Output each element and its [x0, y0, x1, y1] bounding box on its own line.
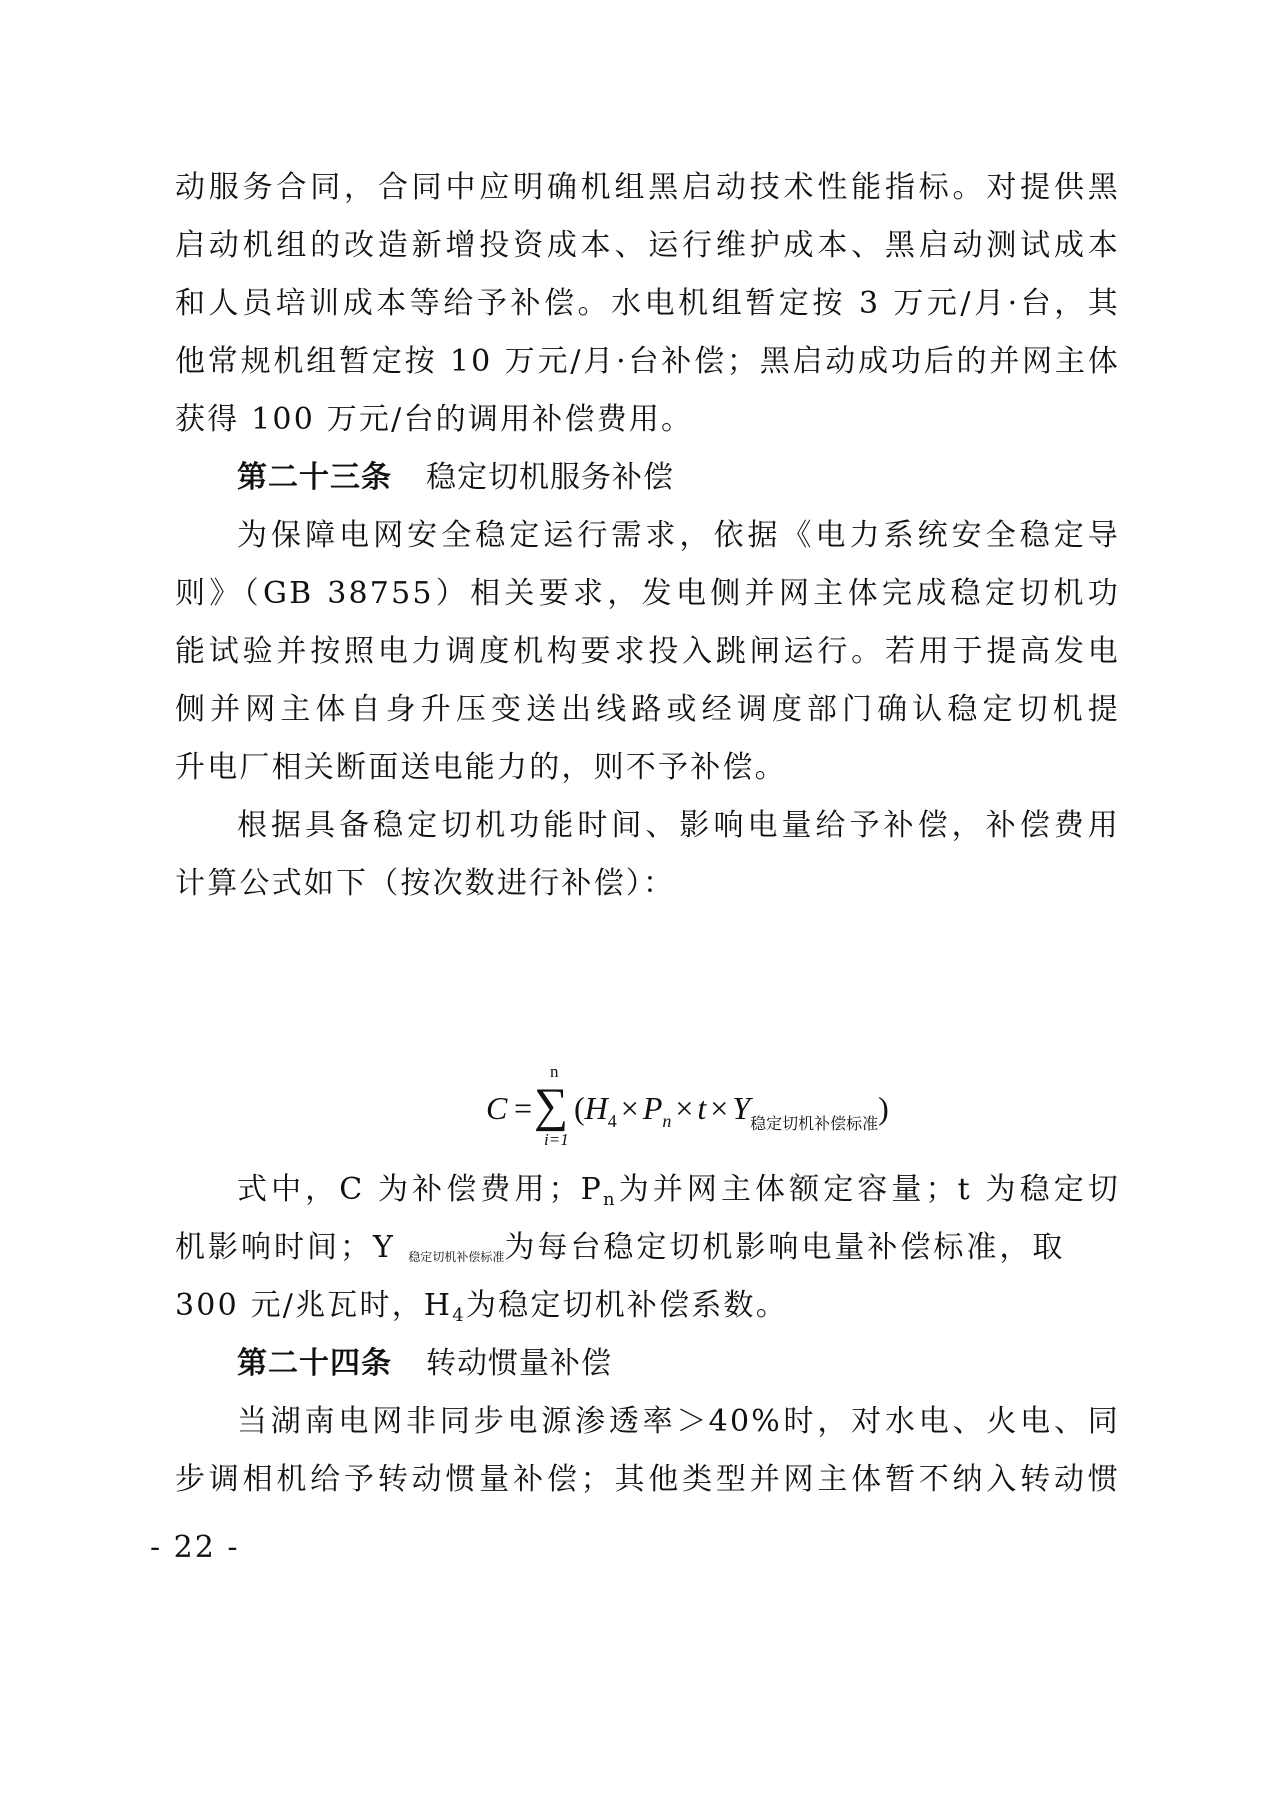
article-heading: 第二十四条转动惯量补偿	[237, 1344, 1120, 1384]
body-text-line: 他常规机组暂定按 10 万元/月·台补偿；黑启动成功后的并网主体	[175, 342, 1120, 382]
document-page: 动服务合同，合同中应明确机组黑启动技术性能指标。对提供黑 启动机组的改造新增投资…	[0, 0, 1280, 1810]
formula-lhs: C	[486, 1090, 507, 1127]
text-span: 300 元/兆瓦时，H	[175, 1288, 452, 1323]
body-text-line: 为保障电网安全稳定运行需求，依据《电力系统安全稳定导	[237, 516, 1120, 556]
body-text-line: 启动机组的改造新增投资成本、运行维护成本、黑启动测试成本	[175, 226, 1120, 266]
subscript: 稳定切机补偿标准	[408, 1250, 504, 1264]
sum-lower-limit: i=1	[544, 1130, 569, 1150]
body-text-line: 则》（GB 38755）相关要求，发电侧并网主体完成稳定切机功	[175, 574, 1120, 614]
formula-equals: =	[514, 1090, 532, 1127]
var-h-sub: 4	[608, 1111, 617, 1131]
close-paren: )	[878, 1090, 889, 1126]
body-text-line: 和人员培训成本等给予补偿。水电机组暂定按 3 万元/月·台，其	[175, 284, 1120, 324]
var-p: P	[643, 1090, 663, 1126]
times-icon: ×	[675, 1090, 693, 1126]
article-label: 第二十四条	[237, 1346, 392, 1381]
body-text-line: 当湖南电网非同步电源渗透率＞40%时，对水电、火电、同	[237, 1402, 1120, 1442]
article-title: 稳定切机服务补偿	[426, 460, 674, 495]
summation-icon: ∑	[534, 1082, 568, 1130]
formula-explanation-line: 机影响时间；Y 稳定切机补偿标准为每台稳定切机影响电量补偿标准，取	[175, 1228, 1120, 1277]
var-y-sub: 稳定切机补偿标准	[750, 1114, 878, 1133]
article-heading: 第二十三条稳定切机服务补偿	[237, 458, 1120, 498]
var-y: Y	[732, 1090, 750, 1126]
formula-explanation-line: 式中，C 为补偿费用；Pn为并网主体额定容量；t 为稳定切	[237, 1170, 1120, 1220]
var-h: H	[585, 1090, 608, 1126]
body-text-line: 根据具备稳定切机功能时间、影响电量给予补偿，补偿费用	[237, 806, 1120, 846]
body-text-line: 侧并网主体自身升压变送出线路或经调度部门确认稳定切机提	[175, 690, 1120, 730]
compensation-formula: C = n ∑ i=1 (H4×Pn×t×Y稳定切机补偿标准)	[486, 1068, 906, 1158]
body-text-line: 能试验并按照电力调度机构要求投入跳闸运行。若用于提高发电	[175, 632, 1120, 672]
subscript: n	[603, 1189, 617, 1210]
article-label: 第二十三条	[237, 460, 392, 495]
body-text-line: 获得 100 万元/台的调用补偿费用。	[175, 400, 1120, 440]
formula-explanation-line: 300 元/兆瓦时，H4为稳定切机补偿系数。	[175, 1286, 1120, 1336]
page-number: - 22 -	[150, 1530, 240, 1565]
body-text-line: 计算公式如下（按次数进行补偿）：	[175, 864, 1120, 904]
text-span: 为并网主体额定容量；t 为稳定切	[617, 1172, 1120, 1207]
body-text-line: 动服务合同，合同中应明确机组黑启动技术性能指标。对提供黑	[175, 168, 1120, 208]
article-title: 转动惯量补偿	[426, 1346, 612, 1381]
times-icon: ×	[621, 1090, 639, 1126]
subscript: 4	[452, 1305, 466, 1326]
formula-body: (H4×Pn×t×Y稳定切机补偿标准)	[574, 1090, 889, 1134]
var-t: t	[697, 1090, 706, 1126]
times-icon: ×	[710, 1090, 728, 1126]
open-paren: (	[574, 1090, 585, 1126]
text-span: 为每台稳定切机影响电量补偿标准，取	[504, 1230, 1065, 1265]
var-p-sub: n	[662, 1111, 671, 1131]
body-text-line: 步调相机给予转动惯量补偿；其他类型并网主体暂不纳入转动惯	[175, 1460, 1120, 1500]
text-span: 式中，C 为补偿费用；P	[237, 1172, 603, 1207]
body-text-line: 升电厂相关断面送电能力的，则不予补偿。	[175, 748, 1120, 788]
text-span: 为稳定切机补偿系数。	[466, 1288, 788, 1323]
text-span: 机影响时间；Y	[175, 1230, 408, 1265]
